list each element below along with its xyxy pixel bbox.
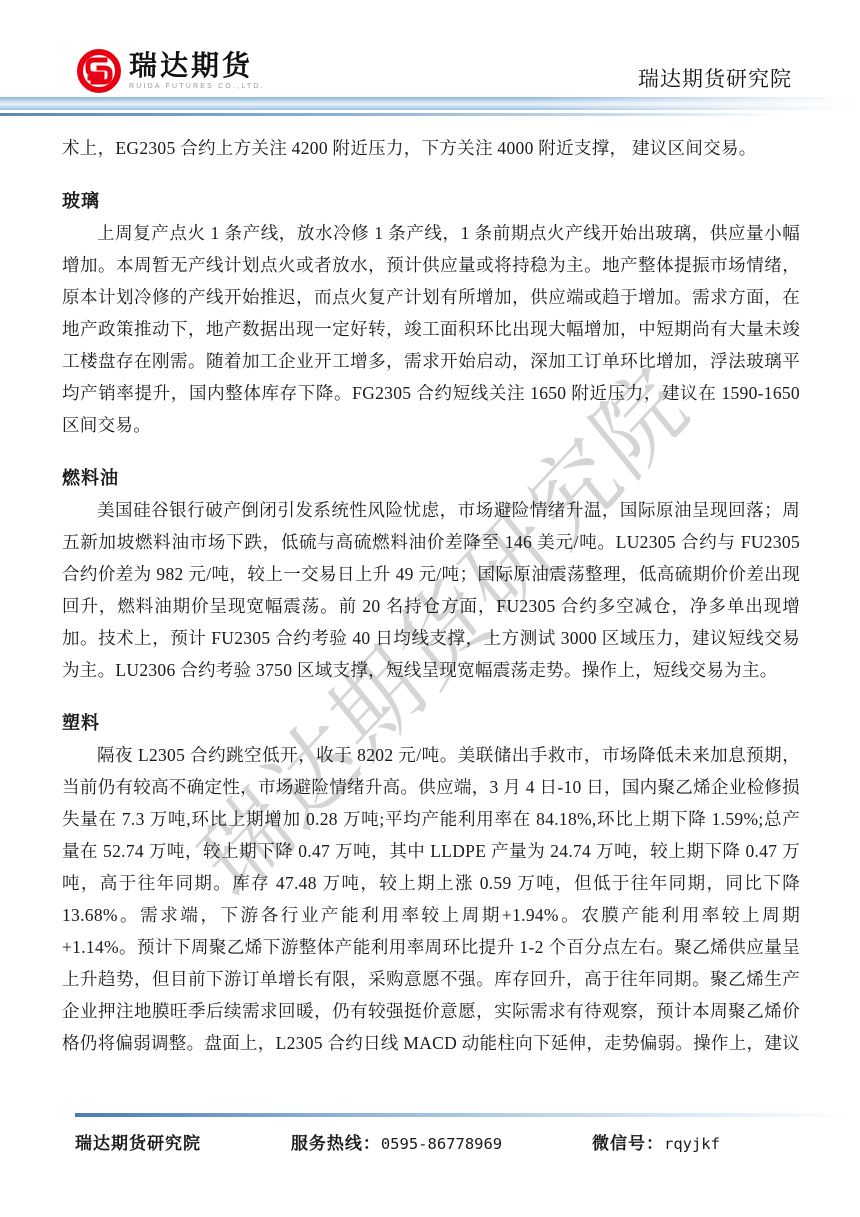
section-paragraph-plastic: 隔夜 L2305 合约跳空低开，收于 8202 元/吨。美联储出手救市，市场降低… bbox=[62, 739, 800, 1059]
brand-text: 瑞达期货 RUIDA FUTURES CO.,LTD. bbox=[129, 52, 265, 90]
section-paragraph-glass: 上周复产点火 1 条产线，放水冷修 1 条产线，1 条前期点火产线开始出玻璃，供… bbox=[62, 217, 800, 441]
section-heading-fuel-oil: 燃料油 bbox=[62, 462, 800, 494]
report-page: 瑞达期货研究院 瑞达期货 RUIDA FUTURES CO.,LTD. 瑞达期货… bbox=[0, 0, 860, 1217]
page-header: 瑞达期货 RUIDA FUTURES CO.,LTD. 瑞达期货研究院 bbox=[0, 0, 860, 97]
footer-wechat-label: 微信号： bbox=[592, 1134, 664, 1153]
section-heading-plastic: 塑料 bbox=[62, 707, 800, 739]
footer-hotline-number: 0595-86778969 bbox=[381, 1135, 502, 1153]
brand-name-en: RUIDA FUTURES CO.,LTD. bbox=[129, 83, 265, 90]
header-gradient-bar bbox=[0, 97, 860, 110]
brand-name-cn: 瑞达期货 bbox=[129, 52, 265, 80]
page-footer: 瑞达期货研究院 服务热线：0595-86778969 微信号：rqyjkf bbox=[0, 1110, 860, 1217]
footer-institute: 瑞达期货研究院 bbox=[75, 1129, 201, 1154]
footer-wechat: 微信号：rqyjkf bbox=[592, 1129, 720, 1154]
footer-row: 瑞达期货研究院 服务热线：0595-86778969 微信号：rqyjkf bbox=[75, 1129, 720, 1154]
section-paragraph-fuel-oil: 美国硅谷银行破产倒闭引发系统性风险忧虑，市场避险情绪升温，国际原油呈现回落；周五… bbox=[62, 494, 800, 686]
ruida-logo-icon bbox=[75, 47, 123, 95]
header-institute-title: 瑞达期货研究院 bbox=[638, 63, 792, 97]
footer-divider-line bbox=[75, 1113, 855, 1117]
section-heading-glass: 玻璃 bbox=[62, 185, 800, 217]
footer-wechat-id: rqyjkf bbox=[664, 1135, 720, 1153]
footer-hotline-label: 服务热线： bbox=[291, 1134, 381, 1153]
intro-continuation-line: 术上，EG2305 合约上方关注 4200 附近压力，下方关注 4000 附近支… bbox=[62, 132, 800, 164]
report-body: 术上，EG2305 合约上方关注 4200 附近压力，下方关注 4000 附近支… bbox=[0, 116, 860, 1059]
footer-hotline: 服务热线：0595-86778969 bbox=[291, 1129, 502, 1154]
brand-logo: 瑞达期货 RUIDA FUTURES CO.,LTD. bbox=[75, 47, 265, 97]
